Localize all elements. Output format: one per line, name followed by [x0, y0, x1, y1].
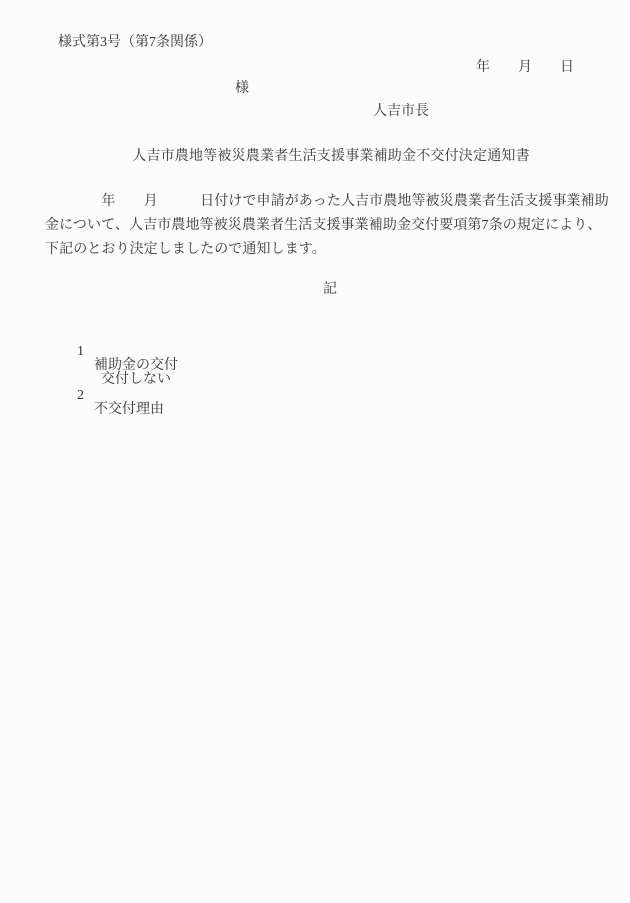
body-paragraph: 年 月 日付けで申請があった人吉市農地等被災農業者生活支援事業補助 金について、…: [45, 190, 590, 262]
sender-name: 人吉市長: [373, 105, 429, 119]
item-number: 2: [77, 389, 84, 403]
body-line-3: 下記のとおり決定しましたので通知します。: [45, 238, 590, 262]
item-number: 1: [77, 345, 84, 359]
form-number: 様式第3号（第7条関係）: [58, 36, 212, 50]
record-marker: 記: [323, 283, 337, 297]
item-label: 補助金の交付: [94, 359, 178, 373]
document-title: 人吉市農地等被災農業者生活支援事業補助金不交付決定通知書: [132, 150, 530, 164]
body-line-1: 年 月 日付けで申請があった人吉市農地等被災農業者生活支援事業補助: [45, 190, 590, 214]
item-label: 不交付理由: [94, 403, 164, 417]
item-row-refusal-reason: 2 不交付理由: [63, 375, 164, 445]
document-page: 様式第3号（第7条関係） 年 月 日 様 人吉市長 人吉市農地等被災農業者生活支…: [0, 0, 630, 903]
date-line: 年 月 日: [476, 61, 574, 75]
addressee-honorific: 様: [235, 82, 249, 96]
body-line-2: 金について、人吉市農地等被災農業者生活支援事業補助金交付要項第7条の規定により、: [45, 214, 590, 238]
